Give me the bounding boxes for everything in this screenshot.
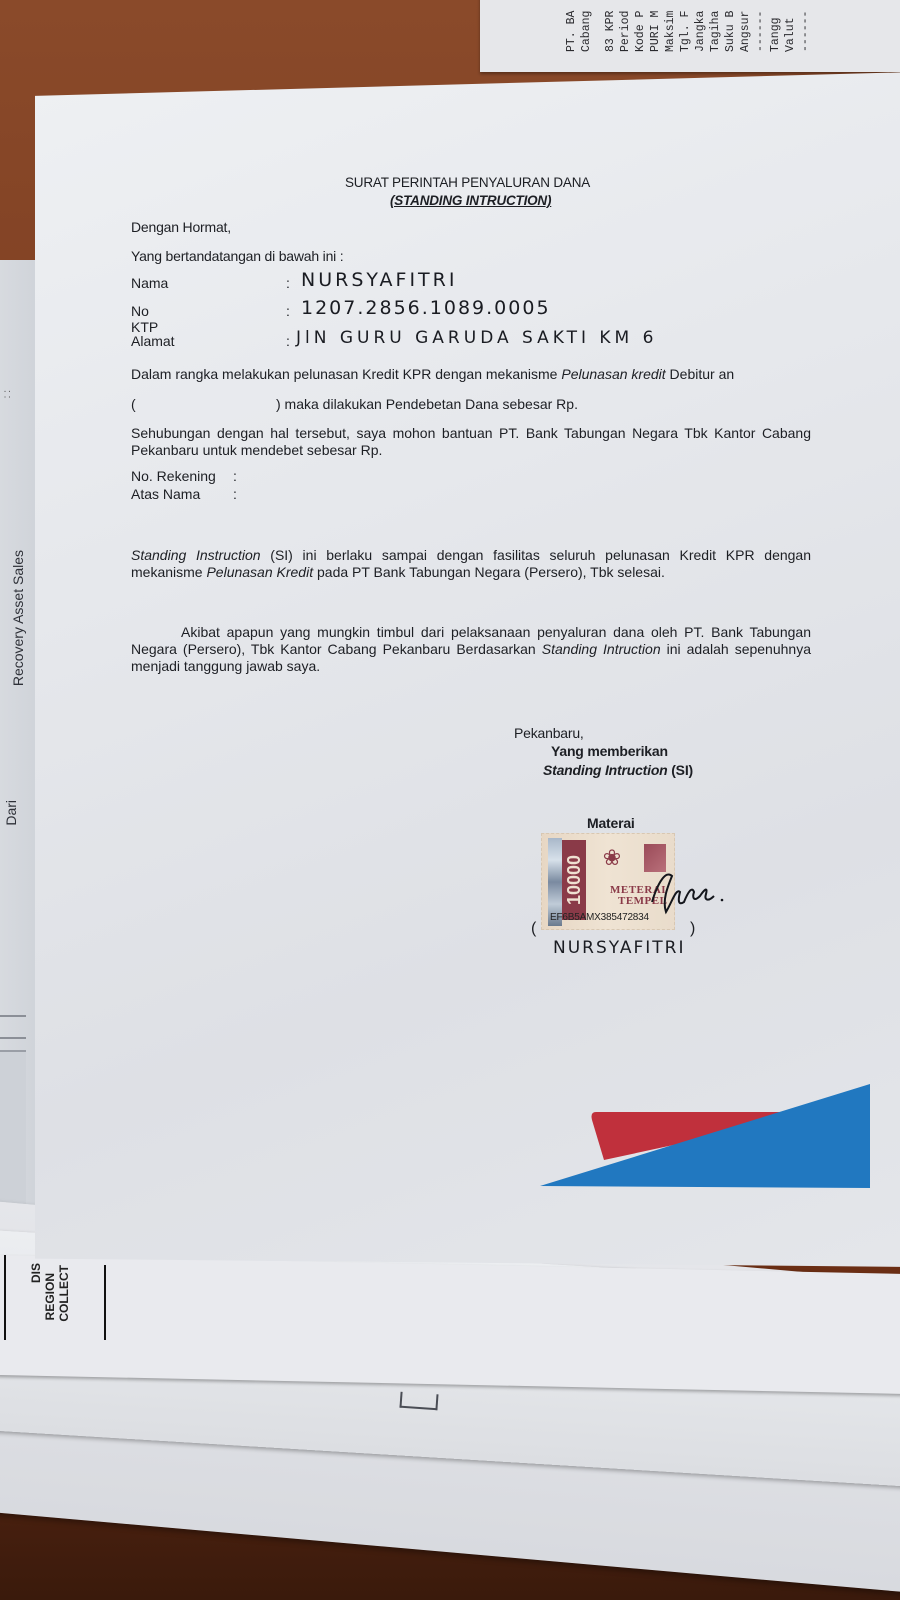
paragraph-pendebetan: ( ) maka dilakukan Pendebetan Dana sebes… [131,396,811,413]
staple-icon [399,1392,438,1411]
receipt-line: Maksim [664,0,678,52]
field-label: No. Rekening [131,468,216,484]
receipt-line: 83 KPR [604,0,618,52]
paragraph-sehubungan: Sehubungan dengan hal tersebut, saya moh… [131,425,811,459]
receipt-line: ------ [754,0,768,52]
paragraph-liability: Akibat apapun yang mungkin timbul dari p… [131,624,811,675]
document-title: SURAT PERINTAH PENYALURAN DANA [345,175,590,190]
receipt-line: ------ [799,0,813,52]
receipt-paper: PT. BACabang83 KPRPeriodKode PPURI MMaks… [480,0,900,72]
receipt-line: Period [619,0,633,52]
signer-si-label: Standing Intruction (SI) [543,762,693,778]
para-italic: Pelunasan Kredit [206,564,313,580]
receipt-line: Kode P [634,0,648,52]
field-colon: : [233,468,237,484]
para-italic: Pelunasan kredit [561,366,665,382]
para-italic: Standing Instruction [131,547,261,563]
dari-label: Dari [3,800,19,826]
paragraph-pelunasan: Dalam rangka melakukan pelunasan Kredit … [131,366,811,383]
receipt-line: Angsur [739,0,753,52]
stamp-denomination: 10000 [562,840,586,920]
field-label: Alamat [131,333,175,349]
receipt-line: Tagiha [709,0,723,52]
signer-label: Yang memberikan [551,743,668,759]
para-text: Dalam rangka melakukan pelunasan Kredit … [131,366,561,382]
para-text: ) maka dilakukan Pendebetan Dana sebesar… [276,396,578,413]
field-label: No KTP [131,303,158,335]
signature-name: NURSYAFITRI [553,938,685,958]
receipt-line: Valut [784,0,798,52]
signature-bracket-close: ) [690,920,695,938]
field-value-nama: NURSYAFITRI [301,269,457,291]
receipt-line: PT. BA [565,0,579,52]
si-suffix: (SI) [668,762,693,778]
form-box [0,1015,26,1039]
form-box [0,1050,26,1212]
garuda-emblem-icon: ❀ [598,844,626,872]
folder-label-line1: DIS [30,1263,43,1283]
bank-logo-shapes [540,1080,875,1190]
materai-label: Materai [587,815,635,831]
si-italic: Standing Intruction [543,762,668,778]
receipt-line: PURI M [649,0,663,52]
field-colon: : [233,486,237,502]
field-colon: : [286,333,290,349]
receipt-line: Suku B [724,0,738,52]
signature-scribble [648,862,728,922]
place-date: Pekanbaru, [514,725,584,741]
signature-bracket-open: ( [531,920,536,938]
receipt-text-columns: PT. BACabang83 KPRPeriodKode PPURI MMaks… [565,0,813,60]
recovery-asset-sales-label: Recovery Asset Sales [10,550,26,686]
receipt-line: Tgl. F [679,0,693,52]
receipt-line: Tangg [769,0,783,52]
para-text: Debitur an [666,366,734,382]
greeting: Dengan Hormat, [131,219,231,235]
stamp-serial: EF6B5AMX385472834 [550,912,649,923]
para-text: pada PT Bank Tabungan Negara (Persero), … [313,564,665,580]
para-italic: Standing Intruction [542,641,661,657]
divider-line [104,1265,106,1340]
bracket-open: ( [131,396,136,412]
folder-label-line2: REGION [44,1273,57,1320]
field-colon: : [286,303,290,319]
field-colon: : [286,275,290,291]
field-label: Atas Nama [131,486,200,502]
intro-line: Yang bertandatangan di bawah ini : [131,248,343,264]
strip-dots: : : [2,390,13,398]
receipt-line: Jangka [694,0,708,52]
collection-folder-label: DIS REGION COLLECT [0,1255,120,1350]
receipt-line: Cabang [580,0,594,52]
field-value-alamat: JlN GURU GARUDA SAKTI KM 6 [296,328,657,348]
paper-stack-sheet [0,1255,900,1394]
divider-line [4,1255,6,1340]
document-subtitle: (STANDING INTRUCTION) [390,193,551,208]
field-value-ktp: 1207.2856.1089.0005 [301,297,551,319]
paragraph-validity: Standing Instruction (SI) ini berlaku sa… [131,547,811,581]
folder-label-line3: COLLECT [58,1265,71,1322]
field-label: Nama [131,275,168,291]
